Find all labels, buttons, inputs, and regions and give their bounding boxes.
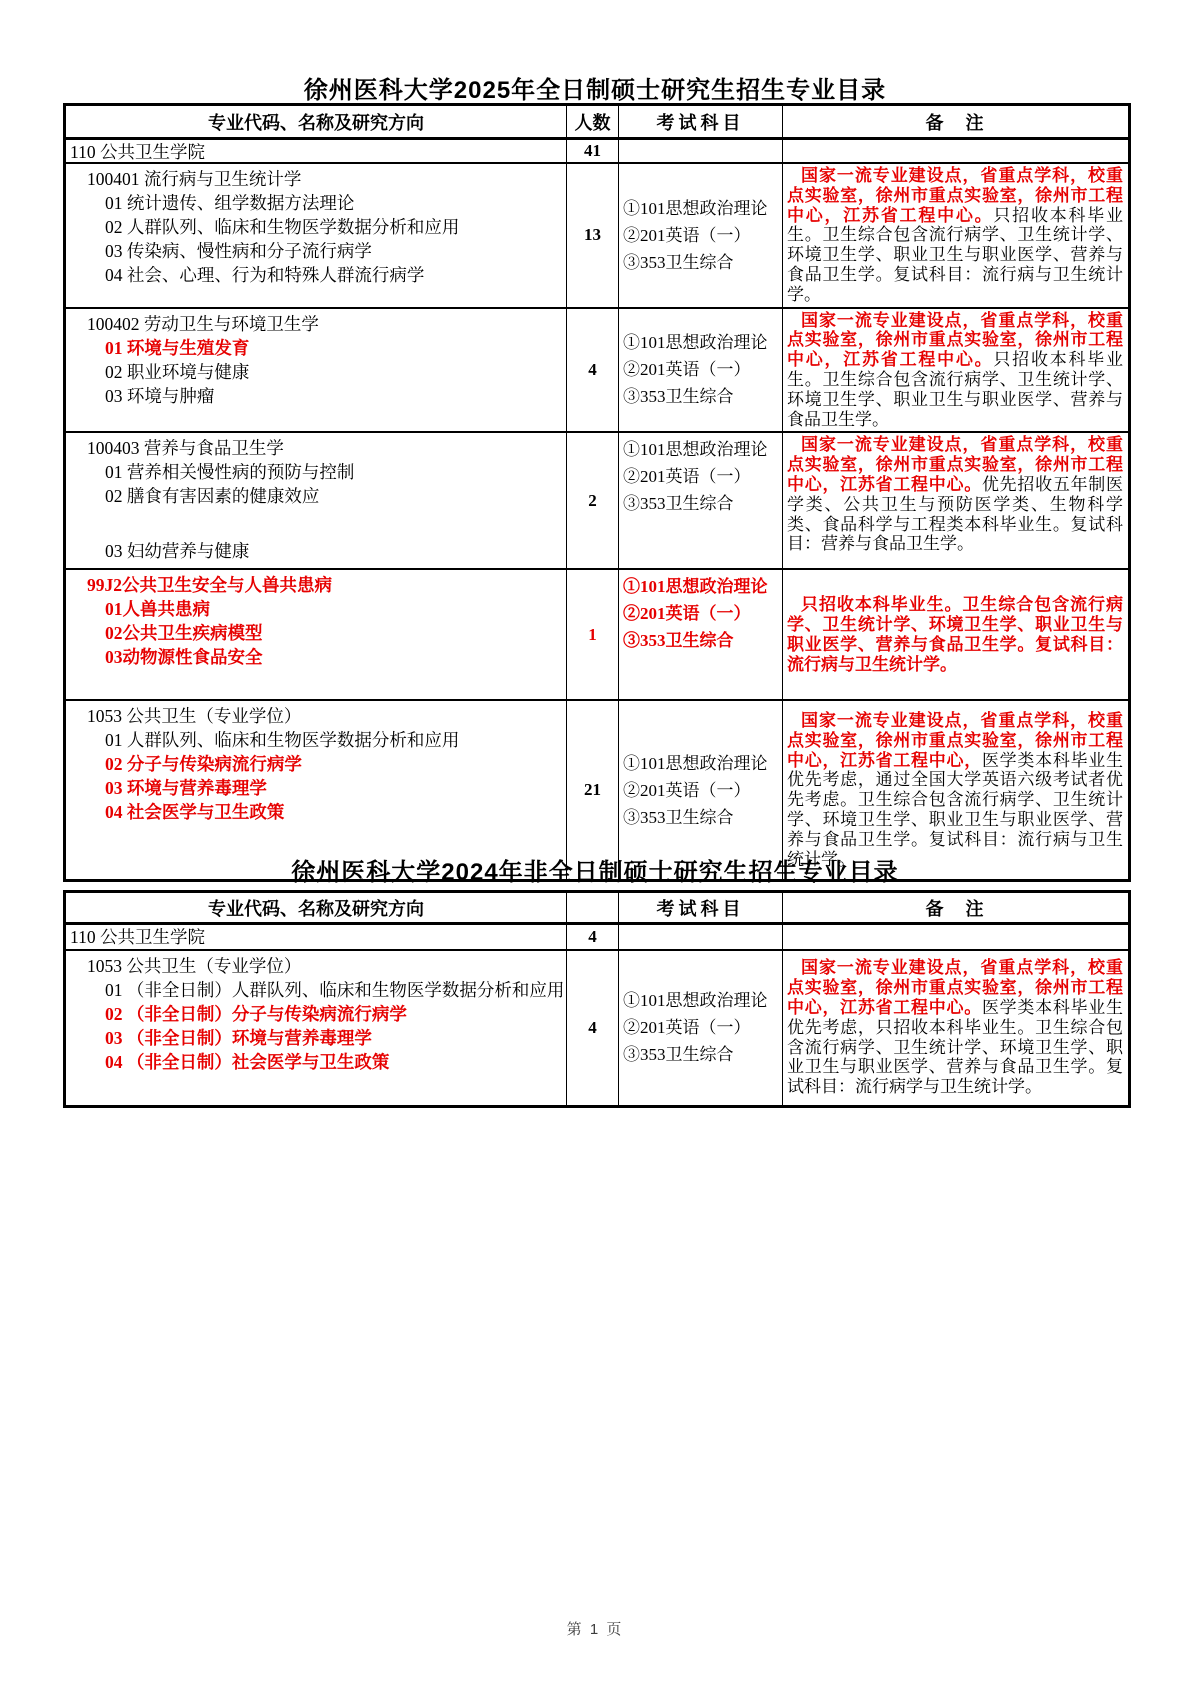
admission-count: 4 — [567, 950, 619, 1107]
direction-item: 01 人群队列、临床和生物医学数据分析和应用 — [68, 728, 564, 752]
exam-subject-line: ③353卫生综合 — [619, 627, 782, 654]
remark-cell: 国家一流专业建设点，省重点学科，校重点实验室，徐州市重点实验室，徐州市工程中心，… — [783, 432, 1130, 569]
table-title-2025: 徐州医科大学2025年全日制硕士研究生招生专业目录 — [0, 70, 1190, 105]
admission-count: 13 — [567, 163, 619, 308]
direction-item: 01 统计遗传、组学数据方法理论 — [68, 191, 564, 215]
header-program: 专业代码、名称及研究方向 — [65, 105, 567, 139]
remark-cell: 只招收本科毕业生。卫生综合包含流行病学、卫生统计学、环境卫生学、职业卫生与职业医… — [783, 569, 1130, 700]
table-title-2024: 徐州医科大学2024年非全日制硕士研究生招生专业目录 — [0, 852, 1190, 887]
direction-item: 04 社会、心理、行为和特殊人群流行病学 — [68, 263, 564, 287]
table-header-row: 专业代码、名称及研究方向 考试科目 备 注 — [65, 892, 1130, 924]
direction-item: 02 职业环境与健康 — [68, 360, 564, 384]
exam-subject-line: ③353卫生综合 — [619, 804, 782, 831]
exam-subject-line: ③353卫生综合 — [619, 1041, 782, 1068]
exam-subject-line: ②201英语（一） — [619, 356, 782, 383]
header-subjects: 考试科目 — [619, 105, 783, 139]
program-row-100403: 100403 营养与食品卫生学 01 营养相关慢性病的预防与控制 02 膳食有害… — [65, 432, 1130, 569]
college-row: 110 公共卫生学院 41 — [65, 139, 1130, 164]
admission-count: 2 — [567, 432, 619, 569]
college-count: 41 — [567, 139, 619, 164]
empty-cell — [619, 924, 783, 950]
program-code: 1053 公共卫生（专业学位） — [68, 954, 564, 978]
exam-subject-line: ③353卫生综合 — [619, 383, 782, 410]
direction-item: 02 人群队列、临床和生物医学数据分析和应用 — [68, 215, 564, 239]
direction-item: 02公共卫生疾病模型 — [68, 621, 564, 645]
direction-item: 02 （非全日制）分子与传染病流行病学 — [68, 1002, 564, 1026]
exam-subject-line: ②201英语（一） — [619, 463, 782, 490]
admission-count: 4 — [567, 308, 619, 433]
exam-subject-line: ①101思想政治理论 — [619, 195, 782, 222]
direction-item: 02 膳食有害因素的健康效应 — [68, 484, 564, 508]
header-count — [567, 892, 619, 924]
direction-item: 01 营养相关慢性病的预防与控制 — [68, 460, 564, 484]
admission-count: 1 — [567, 569, 619, 700]
direction-item: 03 环境与营养毒理学 — [68, 776, 564, 800]
direction-item: 02 分子与传染病流行病学 — [68, 752, 564, 776]
exam-subject-line: ②201英语（一） — [619, 222, 782, 249]
exam-subject-line: ②201英语（一） — [619, 777, 782, 804]
college-row: 110 公共卫生学院 4 — [65, 924, 1130, 950]
direction-item: 03 传染病、慢性病和分子流行病学 — [68, 239, 564, 263]
exam-subjects-cell: ①101思想政治理论 ②201英语（一） ③353卫生综合 — [619, 308, 783, 433]
empty-cell — [783, 924, 1130, 950]
direction-item: 03 妇幼营养与健康 — [68, 539, 564, 563]
exam-subjects-cell: ①101思想政治理论 ②201英语（一） ③353卫生综合 — [619, 432, 783, 569]
exam-subject-line: ①101思想政治理论 — [619, 436, 782, 463]
page-number: 第 1 页 — [0, 1618, 1190, 1639]
direction-item: 01 （非全日制）人群队列、临床和生物医学数据分析和应用 — [68, 978, 564, 1002]
direction-item: 03 （非全日制）环境与营养毒理学 — [68, 1026, 564, 1050]
header-subjects: 考试科目 — [619, 892, 783, 924]
program-code: 100401 流行病与卫生统计学 — [68, 167, 564, 191]
remark-red-text: 只招收本科毕业生。卫生综合包含流行病学、卫生统计学、环境卫生学、职业卫生与职业医… — [787, 595, 1123, 673]
program-code: 1053 公共卫生（专业学位） — [68, 704, 564, 728]
direction-item: 04 社会医学与卫生政策 — [68, 800, 564, 824]
college-count: 4 — [567, 924, 619, 950]
admission-table-2025: 专业代码、名称及研究方向 人数 考试科目 备 注 110 公共卫生学院 41 1… — [63, 103, 1131, 882]
empty-cell — [619, 139, 783, 164]
exam-subject-line: ②201英语（一） — [619, 1014, 782, 1041]
header-count: 人数 — [567, 105, 619, 139]
college-name: 110 公共卫生学院 — [68, 928, 564, 947]
direction-item: 03 环境与肿瘤 — [68, 384, 564, 408]
admission-table-2024: 专业代码、名称及研究方向 考试科目 备 注 110 公共卫生学院 4 1053 … — [63, 890, 1131, 1108]
program-code: 99J2公共卫生安全与人兽共患病 — [68, 573, 564, 597]
header-remark: 备 注 — [783, 105, 1130, 139]
program-row-100402: 100402 劳动卫生与环境卫生学 01 环境与生殖发育 02 职业环境与健康 … — [65, 308, 1130, 433]
exam-subject-line: ③353卫生综合 — [619, 249, 782, 276]
direction-item: 01 环境与生殖发育 — [68, 336, 564, 360]
remark-cell: 国家一流专业建设点，省重点学科，校重点实验室，徐州市重点实验室，徐州市工程中心，… — [783, 950, 1130, 1107]
program-row-99J2: 99J2公共卫生安全与人兽共患病 01人兽共患病 02公共卫生疾病模型 03动物… — [65, 569, 1130, 700]
table-header-row: 专业代码、名称及研究方向 人数 考试科目 备 注 — [65, 105, 1130, 139]
direction-item: 04 （非全日制）社会医学与卫生政策 — [68, 1050, 564, 1074]
header-program: 专业代码、名称及研究方向 — [65, 892, 567, 924]
exam-subject-line: ①101思想政治理论 — [619, 750, 782, 777]
direction-item: 01人兽共患病 — [68, 597, 564, 621]
empty-cell — [783, 139, 1130, 164]
exam-subject-line: ②201英语（一） — [619, 600, 782, 627]
exam-subject-line: ①101思想政治理论 — [619, 329, 782, 356]
program-code: 100403 营养与食品卫生学 — [68, 436, 564, 460]
college-name: 110 公共卫生学院 — [68, 143, 564, 162]
exam-subject-line: ①101思想政治理论 — [619, 987, 782, 1014]
program-row-1053-parttime: 1053 公共卫生（专业学位） 01 （非全日制）人群队列、临床和生物医学数据分… — [65, 950, 1130, 1107]
direction-item: 03动物源性食品安全 — [68, 645, 564, 669]
header-remark: 备 注 — [783, 892, 1130, 924]
exam-subjects-cell: ①101思想政治理论 ②201英语（一） ③353卫生综合 — [619, 950, 783, 1107]
exam-subject-line: ①101思想政治理论 — [619, 573, 782, 600]
exam-subject-line: ③353卫生综合 — [619, 490, 782, 517]
remark-cell: 国家一流专业建设点，省重点学科，校重点实验室，徐州市重点实验室，徐州市工程中心，… — [783, 308, 1130, 433]
document-page: 徐州医科大学2025年全日制硕士研究生招生专业目录 专业代码、名称及研究方向 人… — [0, 0, 1190, 1683]
remark-cell: 国家一流专业建设点，省重点学科，校重点实验室，徐州市重点实验室，徐州市工程中心，… — [783, 163, 1130, 308]
program-row-100401: 100401 流行病与卫生统计学 01 统计遗传、组学数据方法理论 02 人群队… — [65, 163, 1130, 308]
exam-subjects-cell: ①101思想政治理论 ②201英语（一） ③353卫生综合 — [619, 569, 783, 700]
exam-subjects-cell: ①101思想政治理论 ②201英语（一） ③353卫生综合 — [619, 163, 783, 308]
program-code: 100402 劳动卫生与环境卫生学 — [68, 312, 564, 336]
